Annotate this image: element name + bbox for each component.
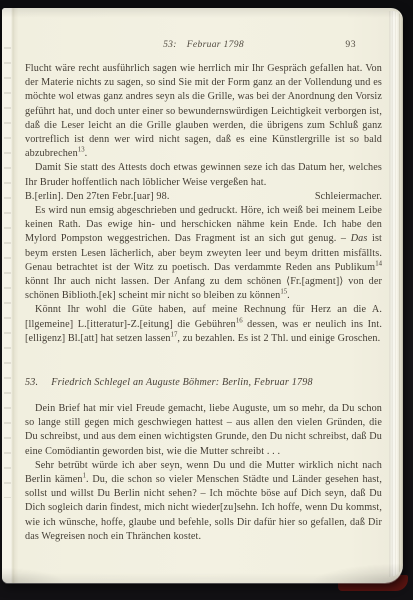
letter-53-title: Friedrich Schlegel an Auguste Böhmer: Be…	[51, 377, 312, 388]
signature: Schleiermacher.	[315, 190, 382, 204]
dateline-place-date: B.[erlin]. Den 27ten Febr.[uar] 98.	[25, 190, 170, 204]
running-header: 53: Februar 1798 93	[25, 39, 382, 52]
letter-53-body: Dein Brief hat mir viel Freude gemacht, …	[25, 402, 382, 544]
footnote-reference: 13	[78, 147, 85, 154]
paragraph: Dein Brief hat mir viel Freude gemacht, …	[25, 402, 382, 459]
text-run: Damit Sie statt des Attests doch etwas g…	[25, 162, 382, 187]
page-fore-edge	[389, 11, 403, 577]
page-gutter-shadow	[2, 8, 19, 583]
letter-dateline: B.[erlin]. Den 27ten Febr.[uar] 98.Schle…	[25, 190, 382, 204]
footnote-reference: 14	[375, 260, 382, 267]
text-run: Dein Brief hat mir viel Freude gemacht, …	[25, 403, 382, 457]
text-run: Es wird nun emsig abgeschrieben und gedr…	[25, 205, 382, 244]
paragraph: Damit Sie statt des Attests doch etwas g…	[25, 161, 382, 189]
text-run: .	[287, 290, 290, 301]
running-header-number: 53:	[163, 39, 177, 52]
paragraph: Sehr betrübt würde ich aber seyn, wenn D…	[25, 459, 382, 544]
letter-53-number: 53.	[25, 377, 38, 388]
text-run: .	[85, 148, 88, 159]
paragraph: Es wird nun emsig abgeschrieben und gedr…	[25, 204, 382, 303]
letter-53-heading: 53. Friedrich Schlegel an Auguste Böhmer…	[25, 377, 382, 388]
letter-52-body: Flucht wäre recht ausführlich sagen wie …	[25, 62, 382, 346]
paragraph: Könnt Ihr wohl die Güte haben, auf meine…	[25, 303, 382, 346]
text-run: könnt Ihr auch nicht lassen. Der Anfang …	[25, 276, 382, 301]
page-number: 93	[345, 39, 356, 50]
text-run: Flucht wäre recht ausführlich sagen wie …	[25, 63, 382, 159]
book-page: 53: Februar 1798 93 Flucht wäre recht au…	[2, 8, 403, 583]
text-run: Das	[351, 233, 368, 244]
text-run: , zu bezahlen. Es ist 2 Thl. und einige …	[177, 333, 380, 344]
footnote-reference: 16	[236, 317, 243, 324]
page-content: 53: Februar 1798 93 Flucht wäre recht au…	[25, 39, 382, 544]
book-scan-background: 53: Februar 1798 93 Flucht wäre recht au…	[0, 0, 413, 600]
paragraph: Flucht wäre recht ausführlich sagen wie …	[25, 62, 382, 161]
running-header-title: Februar 1798	[187, 39, 244, 52]
